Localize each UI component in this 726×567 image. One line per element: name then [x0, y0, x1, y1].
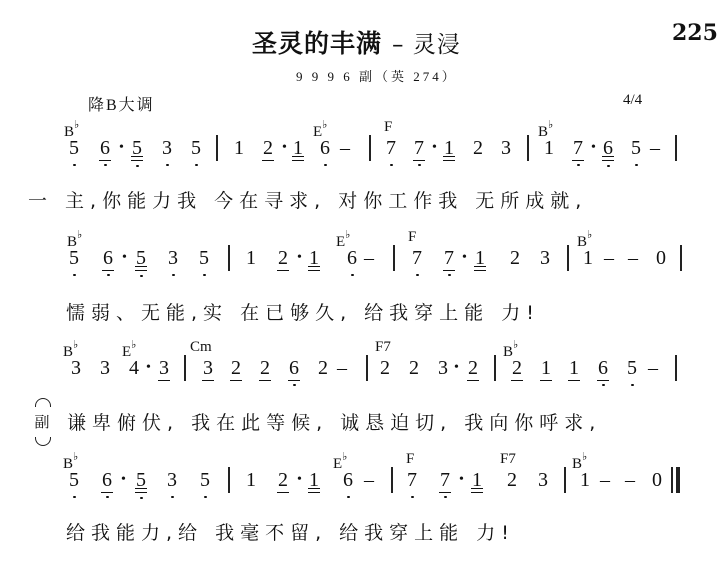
note: 2	[471, 138, 485, 158]
lyric-line: 给我能力,给 我毫不留, 给我穿上能 力!	[66, 522, 515, 544]
note: 2	[466, 358, 480, 378]
note: 7	[442, 248, 456, 268]
note: 3	[165, 470, 179, 490]
flat-icon: ♭	[548, 119, 553, 131]
barline	[675, 355, 677, 381]
note: 1	[578, 470, 592, 490]
note: 3	[157, 358, 171, 378]
key-signature: 降B大调	[88, 92, 155, 115]
note: 1	[442, 138, 456, 158]
note: 2	[316, 358, 330, 378]
note: 1	[539, 358, 553, 378]
lyric-line: 一 主,你能力我 今在寻求, 对你工作我 无所成就,	[28, 190, 587, 212]
barline	[680, 245, 682, 271]
augmentation-dot: •	[459, 470, 464, 490]
note: 2	[261, 138, 275, 158]
note: 7	[571, 138, 585, 158]
note: 5	[629, 138, 643, 158]
note: 3	[536, 470, 550, 490]
lyric-line: 谦卑俯伏, 我在此等候, 诚恳迫切, 我向你呼求,	[67, 412, 601, 434]
note: 6	[341, 470, 355, 490]
note: 3	[98, 358, 112, 378]
final-barline	[676, 467, 680, 493]
note: 5	[625, 358, 639, 378]
note: 6	[98, 138, 112, 158]
note: 2	[378, 358, 392, 378]
song-title: 圣灵的丰满– 灵浸	[252, 24, 461, 60]
note: 2	[407, 358, 421, 378]
flat-icon: ♭	[73, 451, 78, 463]
sustain-dash: –	[648, 358, 658, 378]
note: 2	[229, 358, 243, 378]
note: 6	[101, 248, 115, 268]
note: 1	[291, 138, 305, 158]
note: 2	[510, 358, 524, 378]
flat-icon: ♭	[345, 229, 350, 241]
note: 0	[650, 470, 664, 490]
note: 5	[67, 248, 81, 268]
augmentation-dot: •	[119, 138, 124, 158]
note: 6	[318, 138, 332, 158]
note: 5	[197, 248, 211, 268]
chord-symbol: F7	[500, 452, 516, 467]
augmentation-dot: •	[122, 248, 127, 268]
note: 5	[134, 248, 148, 268]
augmentation-dot: •	[282, 138, 287, 158]
flat-icon: ♭	[77, 229, 82, 241]
barline	[366, 355, 368, 381]
barline	[527, 135, 529, 161]
hymn-reference: 9 9 9 6 副（英 274）	[296, 66, 458, 85]
barline	[393, 245, 395, 271]
note: 2	[508, 248, 522, 268]
sustain-dash: –	[340, 138, 350, 158]
chord-symbol: F	[384, 120, 392, 135]
barline	[216, 135, 218, 161]
note: 4	[127, 358, 141, 378]
note: 1	[307, 470, 321, 490]
note: 6	[596, 358, 610, 378]
note: 3	[201, 358, 215, 378]
note: 1	[473, 248, 487, 268]
note: 0	[654, 248, 668, 268]
note: 3	[436, 358, 450, 378]
sustain-dash: –	[604, 248, 614, 268]
note: 5	[198, 470, 212, 490]
note: 1	[244, 470, 258, 490]
note: 6	[100, 470, 114, 490]
page-number: 225	[672, 20, 718, 46]
flat-icon: ♭	[74, 119, 79, 131]
barline	[391, 467, 393, 493]
flat-icon: ♭	[131, 339, 136, 351]
note: 1	[567, 358, 581, 378]
flat-icon: ♭	[342, 451, 347, 463]
sustain-dash: –	[650, 138, 660, 158]
augmentation-dot: •	[462, 248, 467, 268]
note: 7	[412, 138, 426, 158]
note: 1	[232, 138, 246, 158]
barline	[675, 135, 677, 161]
chord-symbol: F	[406, 452, 414, 467]
barline	[671, 467, 673, 493]
note: 7	[384, 138, 398, 158]
barline	[184, 355, 186, 381]
note: 3	[499, 138, 513, 158]
note: 1	[581, 248, 595, 268]
flat-icon: ♭	[513, 339, 518, 351]
chord-symbol: Cm	[190, 340, 212, 355]
chord-symbol: F	[408, 230, 416, 245]
note: 3	[160, 138, 174, 158]
flat-icon: ♭	[322, 119, 327, 131]
note: 3	[69, 358, 83, 378]
note: 6	[601, 138, 615, 158]
note: 2	[258, 358, 272, 378]
augmentation-dot: •	[297, 470, 302, 490]
barline	[567, 245, 569, 271]
note: 7	[410, 248, 424, 268]
augmentation-dot: •	[297, 248, 302, 268]
barline	[228, 467, 230, 493]
note: 3	[166, 248, 180, 268]
augmentation-dot: •	[591, 138, 596, 158]
note: 6	[287, 358, 301, 378]
barline	[228, 245, 230, 271]
note: 7	[405, 470, 419, 490]
note: 5	[67, 138, 81, 158]
note: 5	[134, 470, 148, 490]
augmentation-dot: •	[146, 358, 151, 378]
note: 2	[276, 248, 290, 268]
sustain-dash: –	[337, 358, 347, 378]
flat-icon: ♭	[587, 229, 592, 241]
title-theme: – 灵浸	[392, 32, 461, 58]
note: 1	[542, 138, 556, 158]
sustain-dash: –	[364, 470, 374, 490]
sustain-dash: –	[625, 470, 635, 490]
sustain-dash: –	[628, 248, 638, 268]
augmentation-dot: •	[432, 138, 437, 158]
lyric-line: 懦弱、无能,实 在已够久, 给我穿上能 力!	[66, 302, 540, 324]
augmentation-dot: •	[454, 358, 459, 378]
note: 1	[470, 470, 484, 490]
note: 1	[244, 248, 258, 268]
chorus-marker: 副	[33, 400, 51, 444]
augmentation-dot: •	[121, 470, 126, 490]
chord-symbol: F7	[375, 340, 391, 355]
note: 2	[505, 470, 519, 490]
sustain-dash: –	[600, 470, 610, 490]
barline	[369, 135, 371, 161]
note: 1	[307, 248, 321, 268]
note: 5	[189, 138, 203, 158]
barline	[494, 355, 496, 381]
title-main: 圣灵的丰满	[252, 29, 382, 58]
note: 7	[438, 470, 452, 490]
time-signature: 4/4	[623, 92, 642, 109]
note: 5	[130, 138, 144, 158]
note: 2	[276, 470, 290, 490]
note: 5	[67, 470, 81, 490]
flat-icon: ♭	[73, 339, 78, 351]
flat-icon: ♭	[582, 451, 587, 463]
sustain-dash: –	[364, 248, 374, 268]
note: 3	[538, 248, 552, 268]
barline	[564, 467, 566, 493]
note: 6	[345, 248, 359, 268]
